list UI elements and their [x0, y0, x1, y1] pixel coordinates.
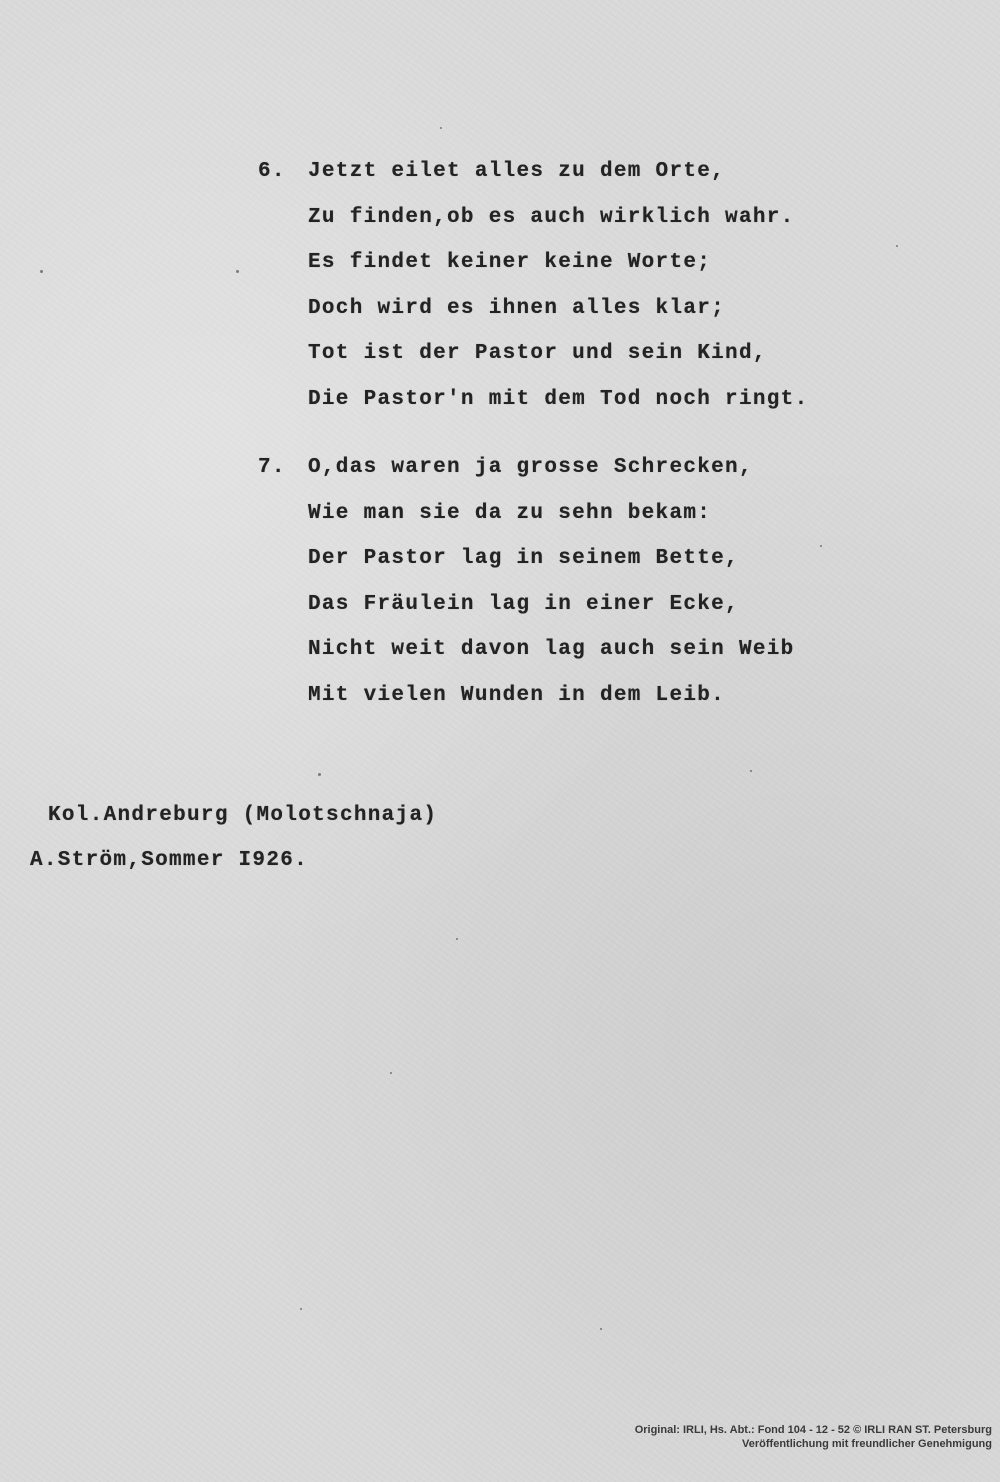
stanza-7: 7.O,das waren ja grosse Schrecken, Wie m…: [258, 452, 898, 726]
verse-text: Das Fräulein lag in einer Ecke,: [258, 589, 739, 621]
verse-text: Die Pastor'n mit dem Tod noch ringt.: [258, 384, 808, 416]
archive-credit: Original: IRLI, Hs. Abt.: Fond 104 - 12 …: [635, 1423, 992, 1451]
verse-text: Tot ist der Pastor und sein Kind,: [258, 338, 767, 370]
paper-speck: [456, 938, 458, 940]
attribution-collector: A.Ström,Sommer I926.: [30, 845, 437, 890]
paper-speck: [236, 270, 239, 273]
stanza-line: Es findet keiner keine Worte;: [258, 247, 898, 293]
paper-speck: [896, 245, 898, 247]
paper-speck: [750, 770, 752, 772]
stanza-line: Die Pastor'n mit dem Tod noch ringt.: [258, 384, 898, 430]
verse-text: Wie man sie da zu sehn bekam:: [258, 498, 711, 530]
archive-source: Original: IRLI, Hs. Abt.: Fond 104 - 12 …: [635, 1423, 992, 1437]
publication-permission: Veröffentlichung mit freundlicher Genehm…: [635, 1437, 992, 1451]
verse-text: Es findet keiner keine Worte;: [258, 247, 711, 279]
paper-speck: [300, 1308, 302, 1310]
verse-text: Doch wird es ihnen alles klar;: [258, 293, 725, 325]
stanza-line: 7.O,das waren ja grosse Schrecken,: [258, 452, 898, 498]
scanned-document-page: 6.Jetzt eilet alles zu dem Orte, Zu find…: [0, 0, 1000, 1482]
attribution: Kol.Andreburg (Molotschnaja) A.Ström,Som…: [30, 800, 437, 890]
paper-speck: [40, 270, 43, 273]
stanza-6: 6.Jetzt eilet alles zu dem Orte, Zu find…: [258, 156, 898, 430]
stanza-line: Mit vielen Wunden in dem Leib.: [258, 680, 898, 726]
verse-text: Nicht weit davon lag auch sein Weib: [258, 634, 795, 666]
paper-speck: [600, 1328, 602, 1330]
paper-speck: [390, 1072, 392, 1074]
stanza-line: Doch wird es ihnen alles klar;: [258, 293, 898, 339]
verse-text: Mit vielen Wunden in dem Leib.: [258, 680, 725, 712]
stanza-line: Zu finden,ob es auch wirklich wahr.: [258, 202, 898, 248]
paper-speck: [820, 545, 822, 547]
stanza-line: Der Pastor lag in seinem Bette,: [258, 543, 898, 589]
stanza-line: 6.Jetzt eilet alles zu dem Orte,: [258, 156, 898, 202]
verse-text: Zu finden,ob es auch wirklich wahr.: [258, 202, 795, 234]
verse-text: O,das waren ja grosse Schrecken,: [308, 456, 753, 479]
stanza-number: 7.: [258, 452, 308, 484]
stanza-line: Tot ist der Pastor und sein Kind,: [258, 338, 898, 384]
paper-speck: [440, 127, 442, 129]
paper-speck: [318, 773, 321, 776]
stanza-line: Wie man sie da zu sehn bekam:: [258, 498, 898, 544]
attribution-place: Kol.Andreburg (Molotschnaja): [30, 800, 437, 845]
verse-text: Der Pastor lag in seinem Bette,: [258, 543, 739, 575]
stanza-number: 6.: [258, 156, 308, 188]
stanza-line: Das Fräulein lag in einer Ecke,: [258, 589, 898, 635]
stanza-line: Nicht weit davon lag auch sein Weib: [258, 634, 898, 680]
verse-text: Jetzt eilet alles zu dem Orte,: [308, 160, 725, 183]
